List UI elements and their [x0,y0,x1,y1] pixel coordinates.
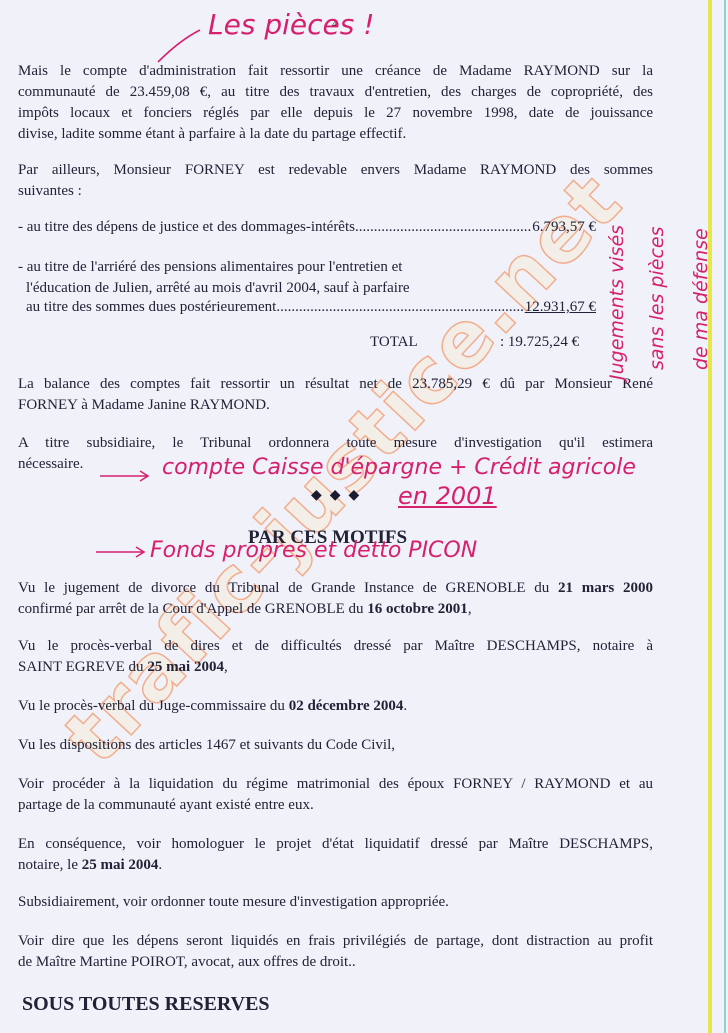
page-edge-rule [724,0,726,1033]
text-line: En conséquence, voir homologuer le proje… [18,834,653,855]
motif-liquidation: Voir procéder à la liquidation du régime… [18,774,653,816]
text-line: - au titre de l'arriéré des pensions ali… [18,257,410,278]
text-line: Par ailleurs, Monsieur FORNEY est redeva… [18,160,653,181]
text-line: de Maître Martine POIROT, avocat, aux of… [18,952,653,973]
text-line: Vu le procès-verbal du Juge-commissaire … [18,696,653,717]
margin-highlight-rule [708,0,712,1033]
date-emphasis: 21 mars 2000 [558,580,653,596]
text-line: Mais le compte d'administration fait res… [18,61,653,82]
leader-dots [355,217,532,238]
motif-code-civil: Vu les dispositions des articles 1467 et… [18,735,653,756]
amount-value: 6.793,57 € [532,217,596,238]
text-line: FORNEY à Madame Janine RAYMOND. [18,395,653,416]
text-line: SAINT EGREVE du 25 mai 2004, [18,657,653,678]
motif-depens: Voir dire que les dépens seront liquidés… [18,931,653,973]
motif-homologation: En conséquence, voir homologuer le proje… [18,834,653,876]
text-line: Vu le jugement de divorce du Tribunal de… [18,578,653,599]
closing-heading: SOUS TOUTES RESERVES [22,993,270,1016]
text-line: confirmé par arrêt de la Cour d'Appel de… [18,599,653,620]
date-emphasis: 16 octobre 2001 [367,601,468,617]
motif-juge-commissaire: Vu le procès-verbal du Juge-commissaire … [18,696,653,717]
paragraph-redevable: Par ailleurs, Monsieur FORNEY est redeva… [18,160,653,202]
text-run: confirmé par arrêt de la Cour d'Appel de… [18,601,367,617]
text-line: impôts locaux et fonciers réglés par ell… [18,103,653,124]
handwritten-side-note-1: Jugements visés [606,225,628,380]
amount-value: 12.931,67 € [525,297,596,318]
paragraph-balance: La balance des comptes fait ressortir un… [18,374,653,416]
text-line: notaire, le 25 mai 2004. [18,855,653,876]
handwritten-note-fonds-propres: Fonds propres et detto PICON [150,538,477,563]
amount-label: - au titre des dépens de justice et des … [18,217,355,238]
text-line: Subsidiairement, voir ordonner toute mes… [18,892,653,913]
text-run: . [158,857,162,873]
amount-row-pensions-label: - au titre de l'arriéré des pensions ali… [18,257,410,299]
text-line: A titre subsidiaire, le Tribunal ordonne… [18,433,653,454]
text-line: l'éducation de Julien, arrêté au mois d'… [18,278,410,299]
text-line: Vu le procès-verbal de dires et de diffi… [18,636,653,657]
date-emphasis: 25 mai 2004 [82,857,159,873]
handwritten-arrows [0,0,728,1033]
text-line: Voir procéder à la liquidation du régime… [18,774,653,795]
total-value: : 19.725,24 € [500,332,579,353]
amount-row-depens: - au titre des dépens de justice et des … [18,217,596,238]
amount-row-pensions: au titre des sommes dues postérieurement… [26,297,596,318]
motif-jugement: Vu le jugement de divorce du Tribunal de… [18,578,653,620]
text-line: partage de la communauté ayant existé en… [18,795,653,816]
text-run: , [468,601,472,617]
section-separator: ◆◆◆ [311,487,367,504]
document-page: trafic-justice.net 4 Mais le compte d'ad… [0,0,728,1033]
leader-dots [276,297,524,318]
date-emphasis: 25 mai 2004 [147,659,224,675]
text-run: Vu le jugement de divorce du Tribunal de… [18,580,558,596]
text-run: SAINT EGREVE du [18,659,147,675]
amount-label: au titre des sommes dues postérieurement [26,297,276,318]
date-emphasis: 02 décembre 2004 [289,698,404,714]
text-line: La balance des comptes fait ressortir un… [18,374,653,395]
text-line: suivantes : [18,181,653,202]
text-run: , [224,659,228,675]
text-line: Vu les dispositions des articles 1467 et… [18,735,653,756]
handwritten-note-pieces: Les pièces ! [208,8,374,41]
paragraph-creance: Mais le compte d'administration fait res… [18,61,653,145]
total-label: TOTAL [370,332,418,353]
motif-proces-verbal-notaire: Vu le procès-verbal de dires et de diffi… [18,636,653,678]
handwritten-side-note-3: de ma défense [690,228,712,370]
text-line: Voir dire que les dépens seront liquidés… [18,931,653,952]
handwritten-side-note-2: sans les pièces [646,227,668,371]
text-run: Vu le procès-verbal du Juge-commissaire … [18,698,289,714]
handwritten-note-comptes: compte Caisse d'épargne + Crédit agricol… [162,455,636,480]
motif-subsidiairement: Subsidiairement, voir ordonner toute mes… [18,892,653,913]
handwritten-note-2001: en 2001 [398,482,497,510]
text-line: divise, ladite somme étant à parfaire à … [18,124,653,145]
text-run: notaire, le [18,857,82,873]
text-line: communauté de 23.459,08 €, au titre des … [18,82,653,103]
text-run: . [403,698,407,714]
